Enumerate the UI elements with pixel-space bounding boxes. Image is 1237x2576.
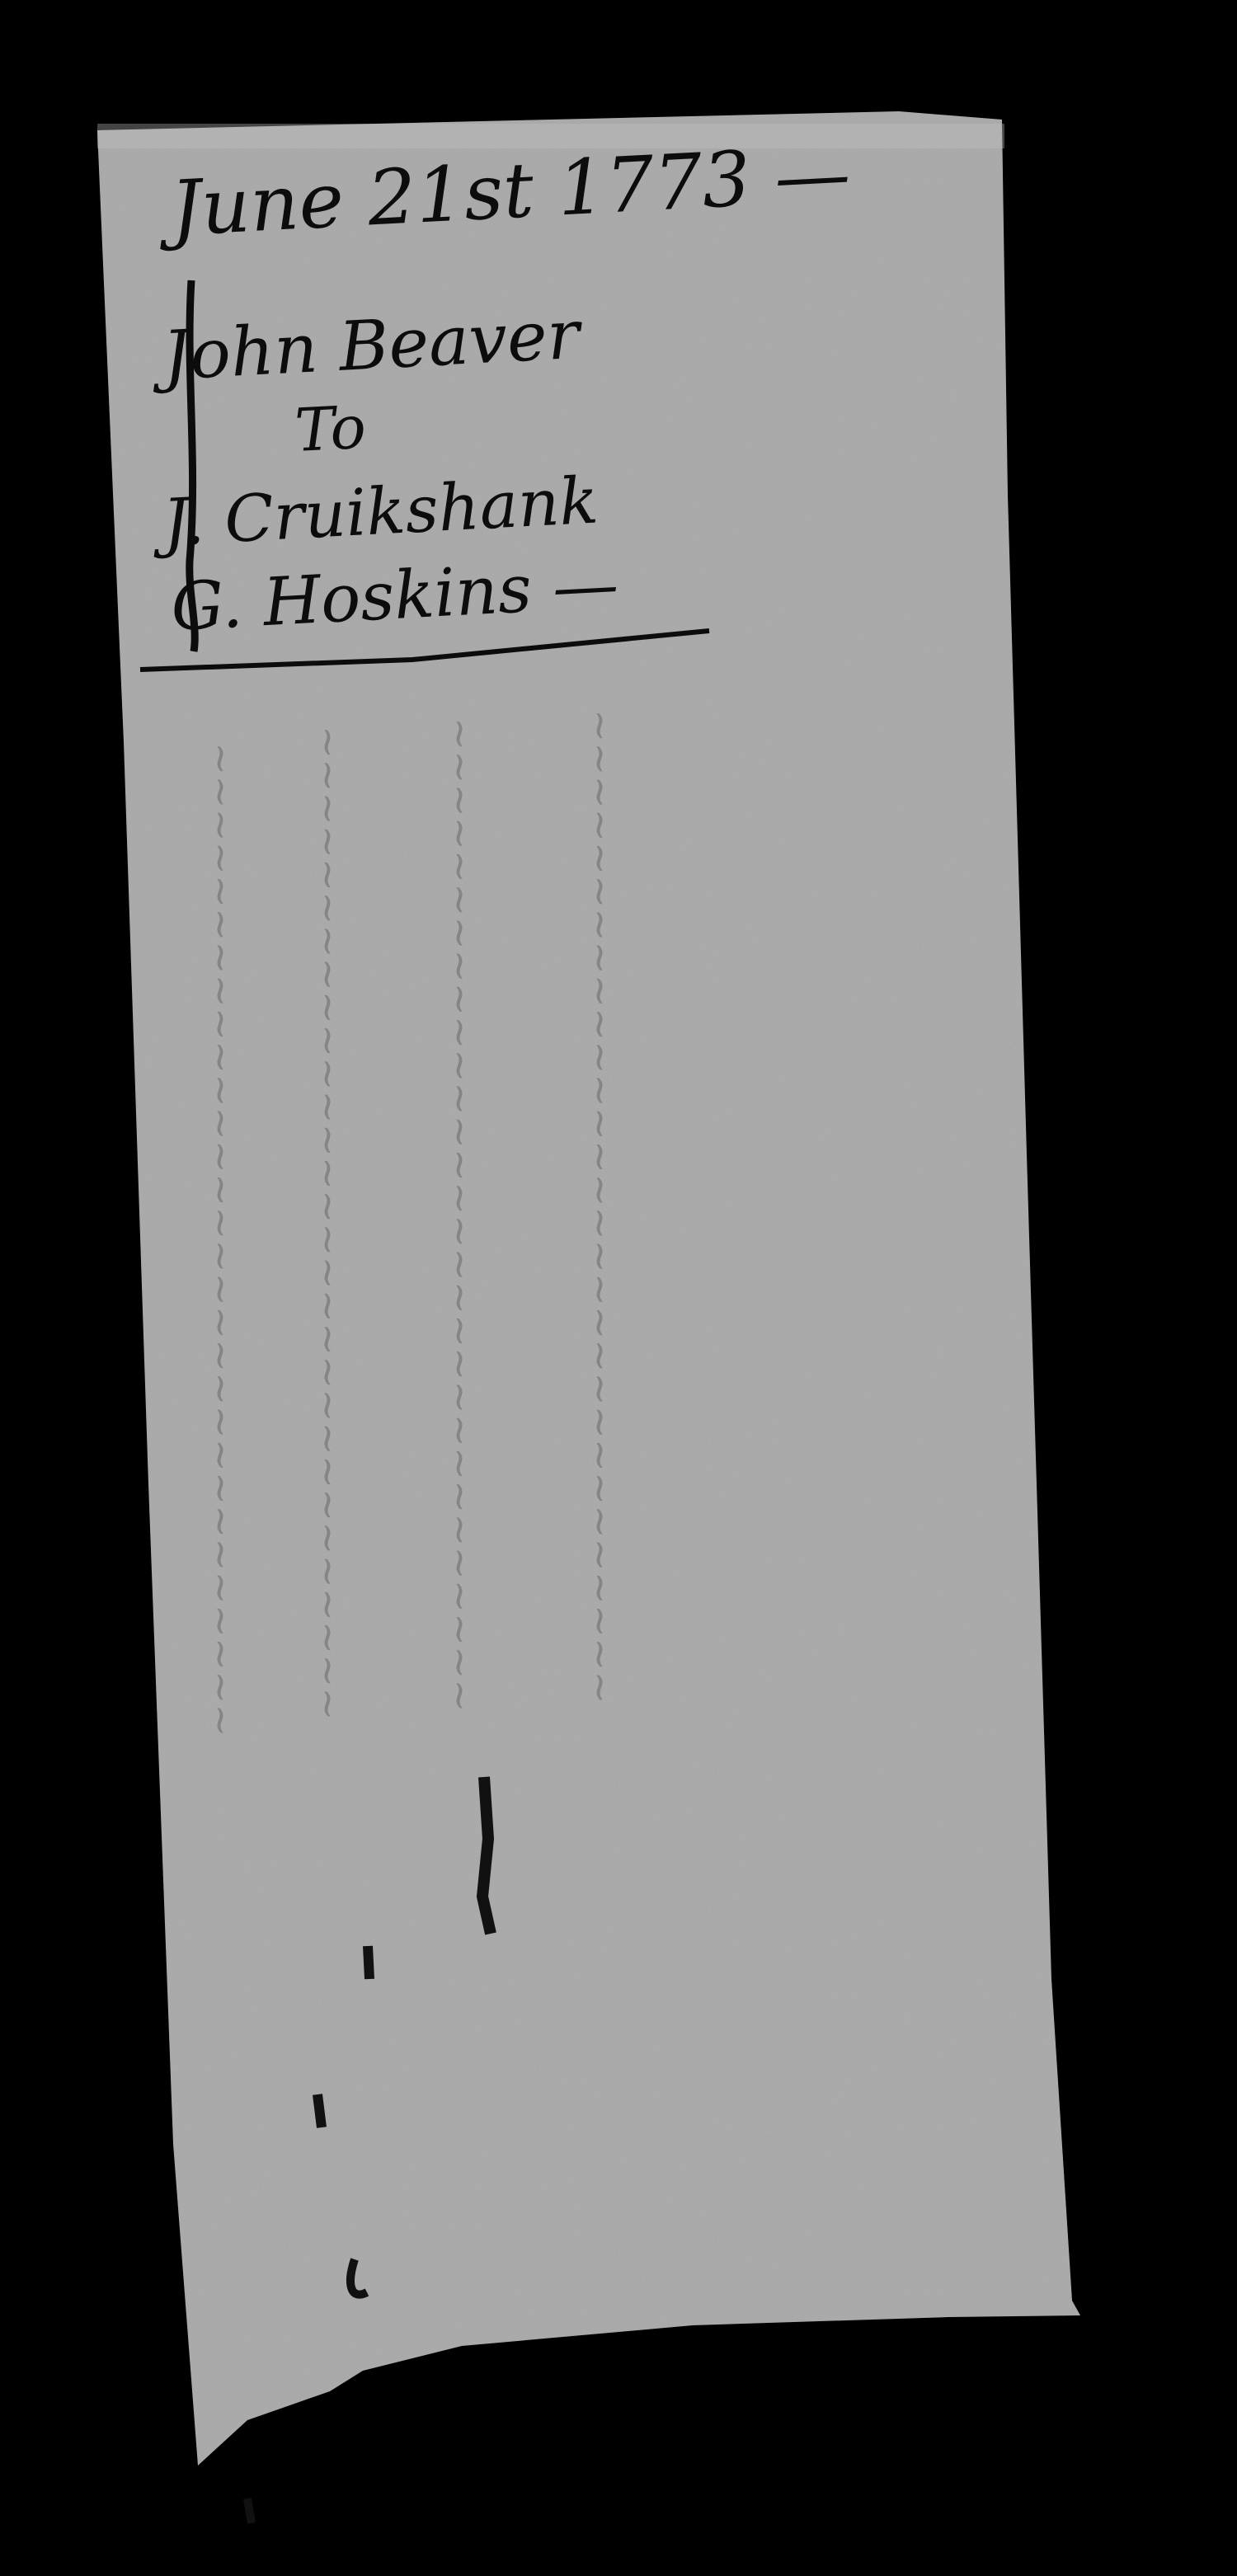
bleed-through-column: ~~~~~~~~~~~~~~~~~~~~~~~~~~~~~~ xyxy=(305,726,351,2334)
bleed-through-column: ~~~~~~~~~~~~~~~~~~~~~~~~~~~~~~ xyxy=(577,709,623,2235)
bleed-through-column: ~~~~~~~~~~~~~~~~~~~~~~~~~~~~~~ xyxy=(437,717,483,2284)
to-line: To xyxy=(294,393,368,465)
bleed-through-column: ~~~~~~~~~~~~~~~~~~~~~~~~~~~~~~ xyxy=(198,742,244,2309)
ink-mark xyxy=(482,1777,491,1934)
